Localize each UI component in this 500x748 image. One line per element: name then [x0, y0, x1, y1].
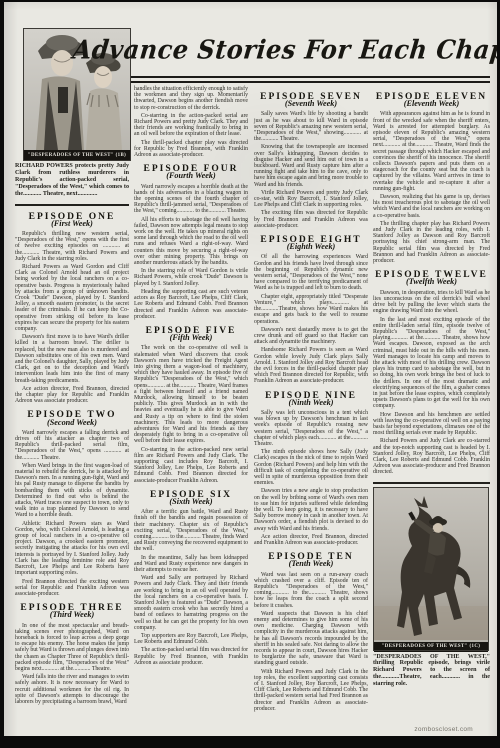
story-paragraph: Ace action director, Fred Brannon, direc… — [15, 386, 129, 405]
episode-week: (Eleventh Week) — [373, 101, 490, 107]
story-paragraph: Ward was last seen on a run-away coach w… — [254, 572, 368, 609]
story-paragraph: In one of the most spectacular and breat… — [15, 623, 129, 673]
episode-week: (Eighth Week) — [254, 244, 368, 250]
story-paragraph: Richard Powers and Judy Clark are co-sta… — [373, 438, 490, 475]
story-paragraph: In the last and most exciting episode of… — [373, 317, 490, 410]
text-column-4: EPISODE ELEVEN(Eleventh Week)With appear… — [373, 86, 490, 688]
story-paragraph: Of all the harrowing experiences Ward Go… — [254, 254, 368, 291]
episode-week: (First Week) — [15, 221, 129, 227]
story-paragraph: With Richard Powers and Judy Clark in th… — [254, 669, 368, 712]
story-paragraph: Dawson tries a new angle to stop product… — [254, 488, 368, 531]
text-column-2: handles the situation efficiently enough… — [134, 86, 248, 668]
story-paragraph: Chapter eight, appropriately titled "Des… — [254, 294, 368, 325]
scanned-page: "DESPERADOES OF THE WEST" (1B) Advance S… — [4, 2, 497, 736]
story-paragraph: Dawson's first move is to have Ward's dr… — [15, 334, 129, 384]
masthead: Advance Stories For Each Chapter — [128, 26, 492, 72]
cowboy-on-horse-illustration — [374, 488, 488, 640]
episode-week: (Seventh Week) — [254, 101, 368, 107]
story-paragraph: The exciting film was directed for Repub… — [254, 210, 368, 229]
photo-caption: RICHARD POWERS protects pretty Judy Clar… — [15, 163, 129, 198]
photo-caption: "DESPERADOES OF THE WEST," thrilling Rep… — [373, 654, 490, 689]
story-paragraph: Knowing that the townspeople are incense… — [254, 144, 368, 187]
watermark: zomboscloset.com — [414, 726, 473, 733]
column-rule — [15, 204, 129, 206]
page-title: Advance Stories For Each Chapter — [71, 33, 497, 64]
photo-title-bar: "DESPERADOES OF THE WEST" (1C) — [374, 642, 488, 652]
story-paragraph: The ninth episode shows how Sally (Judy … — [254, 449, 368, 486]
story-paragraph: Ward falls into the river and manages to… — [15, 674, 129, 705]
story-paragraph: Dawson, in desperation, tries to kill Wa… — [373, 290, 490, 315]
publicity-still-right: "DESPERADOES OF THE WEST" (1C) — [374, 488, 488, 650]
story-paragraph: Sally was left unconscious in a tent whi… — [254, 410, 368, 447]
photo-title-bar: "DESPERADOES OF THE WEST" (1B) — [24, 150, 130, 160]
story-paragraph: Ward suspects that Dawson is his chief e… — [254, 611, 368, 667]
story-paragraph: handles the situation efficiently enough… — [134, 86, 248, 111]
episode-week: (Fourth Week) — [134, 173, 248, 179]
story-paragraph: Virile Richard Powers and pretty Judy Cl… — [254, 190, 368, 209]
text-column-1: RICHARD POWERS protects pretty Judy Clar… — [15, 163, 129, 707]
story-paragraph: In the starring role of Ward Gordon is v… — [134, 268, 248, 287]
story-paragraph: The thrill-packed chapter play was direc… — [134, 140, 248, 159]
story-paragraph: Richard Powers as Ward Gordon and Cliff … — [15, 264, 129, 332]
episode-week: (Twelfth Week) — [373, 279, 490, 285]
story-paragraph: Dawson, realizing that his game is up, d… — [373, 194, 490, 219]
episode-week: (Sixth Week) — [134, 499, 248, 505]
story-paragraph: Athletic Richard Powers stars as Ward Go… — [15, 521, 129, 577]
bottom-photo-block: "DESPERADOES OF THE WEST" (1C) "DESPERAD… — [373, 482, 490, 689]
story-paragraph: When Ward brings in the first wagon-load… — [15, 463, 129, 519]
story-paragraph: In the meantime, Sally has been kidnappe… — [134, 555, 248, 574]
column-rule — [373, 482, 490, 484]
story-paragraph: Sally saves Ward's life by shooting a ba… — [254, 111, 368, 142]
story-paragraph: Republic's thrilling new western serial,… — [15, 231, 129, 262]
episode-week: (Tenth Week) — [254, 561, 368, 567]
story-paragraph: The action-packed serial film was direct… — [134, 647, 248, 666]
story-paragraph: All his efforts to sabotage the oil well… — [134, 217, 248, 267]
story-paragraph: Ward narrowly escapes a falling derrick … — [15, 430, 129, 461]
episode-week: (Fifth Week) — [134, 335, 248, 341]
story-paragraph: Handsome Richard Powers is seen as Ward … — [254, 347, 368, 384]
story-paragraph: Fred Brannon directed the exciting weste… — [15, 579, 129, 598]
story-paragraph: How Dawson and his henchmen are settled … — [373, 412, 490, 437]
episode-week: (Third Week) — [15, 612, 129, 618]
story-paragraph: Ace action director, Fred Brannon, direc… — [254, 534, 368, 546]
episode-week: (Ninth Week) — [254, 400, 368, 406]
text-column-3: EPISODE SEVEN(Seventh Week)Sally saves W… — [254, 86, 368, 714]
story-paragraph: Heading the supporting cast are such vet… — [134, 289, 248, 320]
story-paragraph: Dawson's next dastardly move is to get t… — [254, 327, 368, 346]
story-paragraph: The thrilling chapter play has Richard P… — [373, 221, 490, 264]
story-paragraph: Ward and Sally are portrayed by Richard … — [134, 575, 248, 631]
story-paragraph: After a terrific gun battle, Ward and Ru… — [134, 509, 248, 552]
episode-week: (Second Week) — [15, 420, 129, 426]
story-paragraph: The work on the co-operative oil well is… — [134, 345, 248, 444]
story-paragraph: Ward narrowly escapes a horrible death a… — [134, 184, 248, 215]
story-paragraph: With appearances against him as he is fo… — [373, 111, 490, 192]
pressbook-page: { "page": { "title": "Advance Stories Fo… — [0, 0, 500, 748]
story-paragraph: Co-starring in the action-packed serial … — [134, 113, 248, 138]
masthead-double-rule — [131, 76, 490, 83]
story-paragraph: Top supporters are Roy Barcroft, Lee Phe… — [134, 633, 248, 645]
story-paragraph: Co-starring in the action-packed new ser… — [134, 447, 248, 484]
